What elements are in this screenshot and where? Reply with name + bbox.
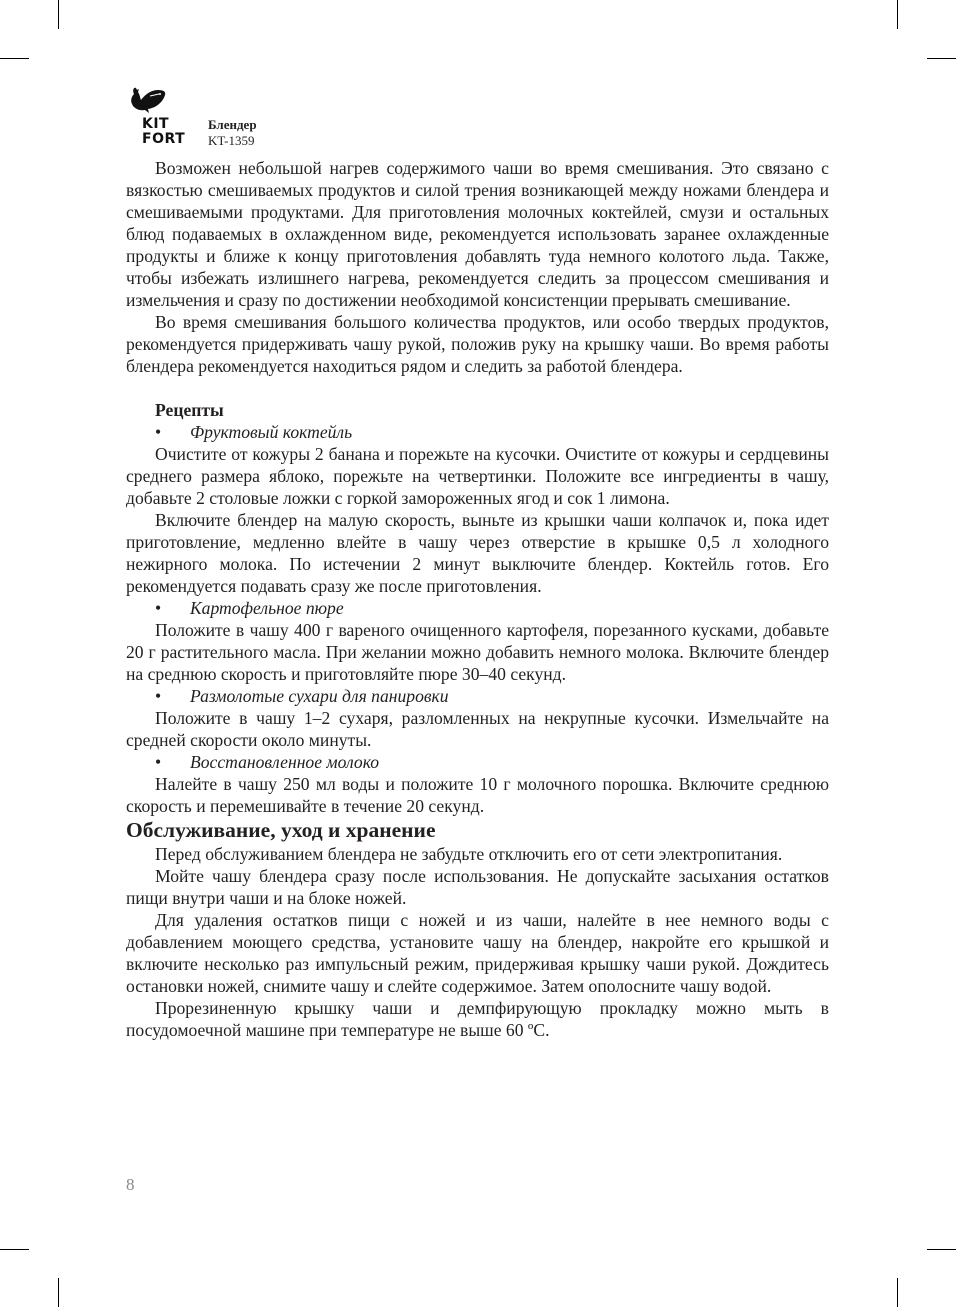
- section-title: Обслуживание, уход и хранение: [126, 817, 829, 843]
- whale-plug-logo-icon: [128, 86, 168, 116]
- brand-logo: KIT FORT: [126, 86, 190, 150]
- recipe-title-text: Фруктовый коктейль: [190, 422, 352, 442]
- product-name: Блендер: [208, 117, 257, 133]
- crop-mark-top-right-h: [927, 58, 956, 59]
- product-model: KT-1359: [208, 133, 257, 149]
- bullet-icon: •: [155, 751, 161, 773]
- crop-mark-bottom-right-v: [897, 1278, 898, 1307]
- maintenance-paragraph: Мойте чашу блендера сразу после использо…: [126, 865, 829, 909]
- crop-mark-bottom-left-v: [58, 1278, 59, 1307]
- page-number: 8: [126, 1175, 135, 1195]
- recipe-title: •Восстановленное молоко: [126, 751, 829, 773]
- page-body: Возможен небольшой нагрев содержимого ча…: [126, 157, 829, 1041]
- bullet-icon: •: [155, 421, 161, 443]
- crop-mark-bottom-right-h: [927, 1249, 956, 1250]
- intro-paragraph: Во время смешивания большого количества …: [126, 311, 829, 377]
- bullet-icon: •: [155, 597, 161, 619]
- recipe-paragraph: Очистите от кожуры 2 банана и порежьте н…: [126, 443, 829, 509]
- recipe-paragraph: Положите в чашу 400 г вареного очищенног…: [126, 619, 829, 685]
- crop-mark-top-right-v: [897, 0, 898, 29]
- crop-mark-bottom-left-h: [0, 1249, 29, 1250]
- brand-wordmark: KIT FORT: [142, 117, 185, 147]
- maintenance-paragraph: Прорезиненную крышку чаши и демпфирующую…: [126, 997, 829, 1041]
- intro-paragraph: Возможен небольшой нагрев содержимого ча…: [126, 157, 829, 311]
- recipe-paragraph: Налейте в чашу 250 мл воды и положите 10…: [126, 773, 829, 817]
- recipe-paragraph: Положите в чашу 1–2 сухаря, разломленных…: [126, 707, 829, 751]
- recipes-heading: Рецепты: [126, 399, 829, 421]
- brand-line-2: FORT: [142, 132, 185, 147]
- recipe-title-text: Восстановленное молоко: [190, 752, 379, 772]
- brand-line-1: KIT: [142, 117, 185, 132]
- maintenance-paragraph: Перед обслуживанием блендера не забудьте…: [126, 843, 829, 865]
- recipe-title-text: Размолотые сухари для панировки: [190, 686, 449, 706]
- recipe-title: •Размолотые сухари для панировки: [126, 685, 829, 707]
- recipe-title-text: Картофельное пюре: [190, 598, 344, 618]
- product-header: Блендер KT-1359: [208, 117, 257, 149]
- crop-mark-top-left-h: [0, 58, 29, 59]
- recipe-paragraph: Включите блендер на малую скорость, вынь…: [126, 509, 829, 597]
- bullet-icon: •: [155, 685, 161, 707]
- crop-mark-top-left-v: [58, 0, 59, 29]
- maintenance-paragraph: Для удаления остатков пищи с ножей и из …: [126, 909, 829, 997]
- recipe-title: •Картофельное пюре: [126, 597, 829, 619]
- recipe-title: •Фруктовый коктейль: [126, 421, 829, 443]
